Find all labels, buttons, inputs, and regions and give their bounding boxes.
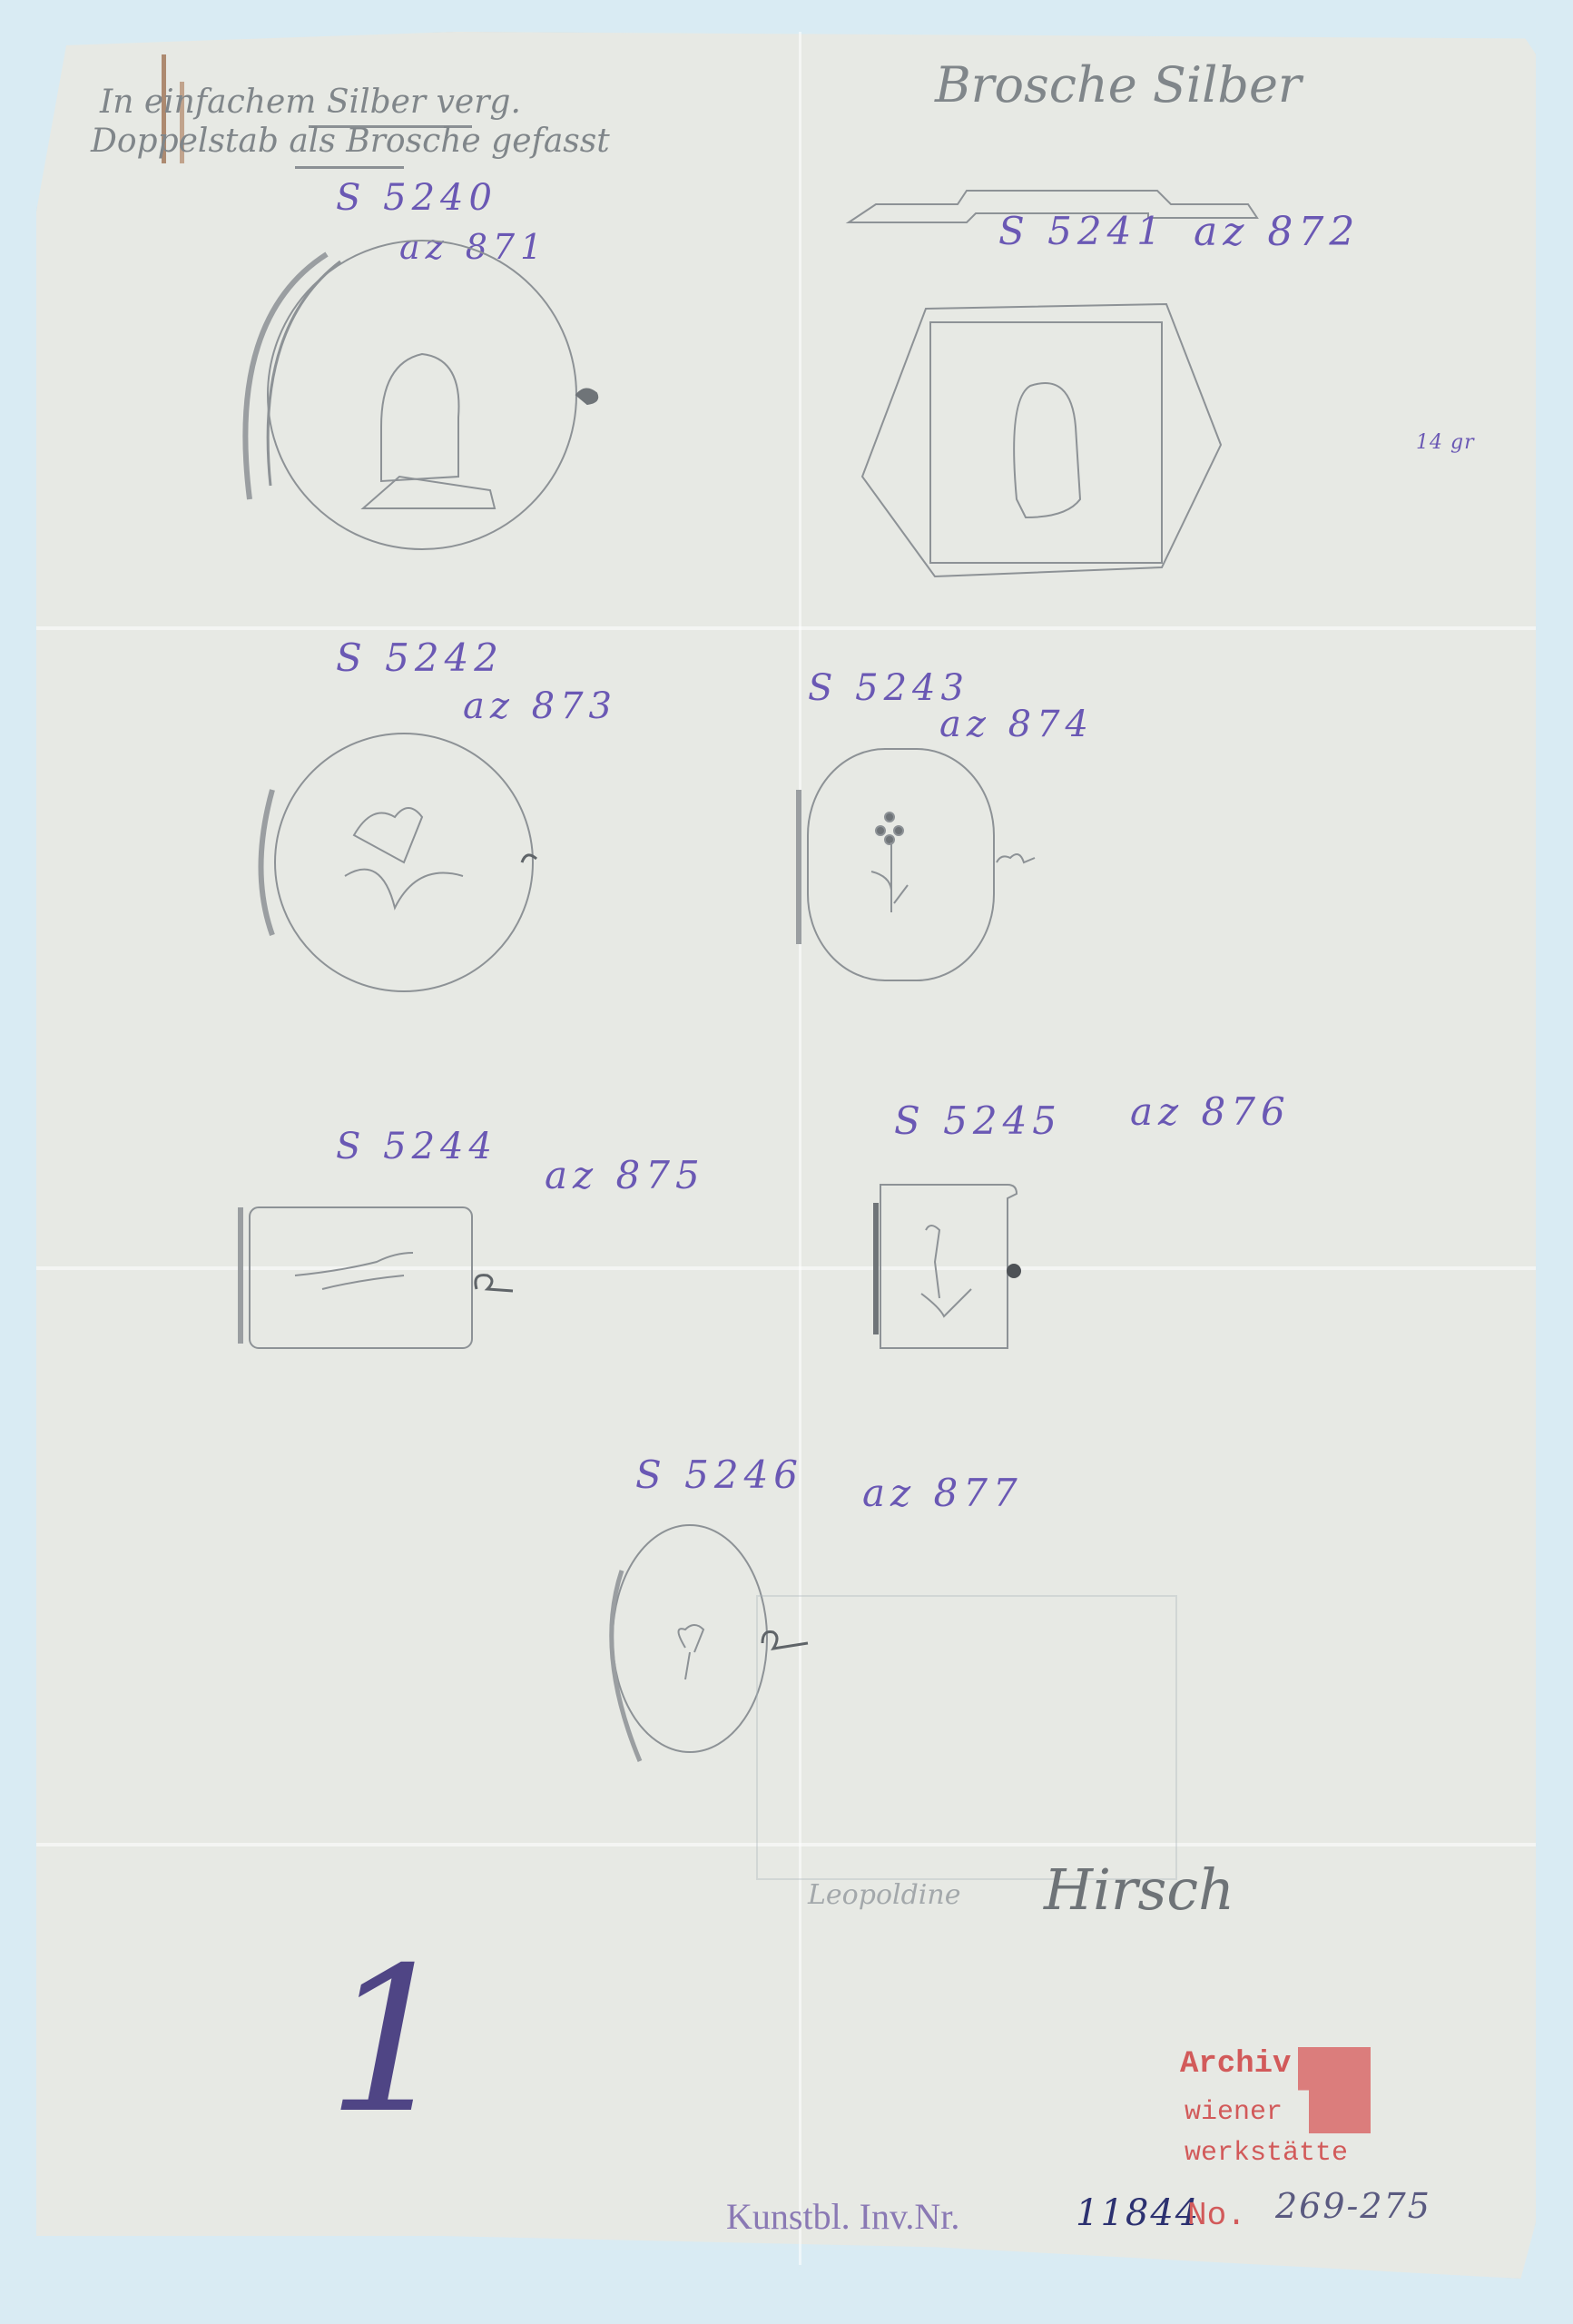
archive-range: 269-275	[1275, 2186, 1431, 2226]
item-az: az 875	[545, 1153, 705, 1197]
inventory-number: 11844	[1076, 2192, 1200, 2234]
square-brooch-drawing	[858, 1180, 1039, 1353]
item-id: S 5240	[336, 177, 497, 219]
hexagonal-brooch-drawing	[862, 281, 1207, 581]
underline	[295, 166, 404, 169]
stamp-logo	[1298, 2047, 1371, 2133]
archive-no-label: No.	[1187, 2197, 1246, 2234]
signature-last-name: Hirsch	[1044, 1856, 1234, 1923]
item-az: az 872	[1194, 209, 1360, 255]
round-brooch-drawing	[245, 717, 572, 1008]
weight-note: 14 gr	[1416, 431, 1475, 454]
item-id: S 5241	[998, 209, 1166, 253]
stamp-line1: Archiv	[1180, 2047, 1291, 2082]
page-number: 1	[327, 1925, 454, 2157]
item-id: S 5246	[635, 1452, 803, 1497]
item-az: az 876	[1130, 1089, 1291, 1134]
rectangular-brooch-drawing	[231, 1189, 531, 1353]
round-brooch-drawing	[218, 236, 599, 572]
item-az: az 874	[939, 704, 1094, 745]
faint-rectangle-drawing	[756, 1595, 1177, 1880]
item-id: S 5244	[336, 1126, 497, 1167]
fold-line-vertical	[799, 32, 801, 2265]
signature-first-name: Leopoldine	[808, 1879, 960, 1911]
header-note-line1: In einfachem Silber verg.	[100, 84, 521, 121]
header-title: Brosche Silber	[935, 56, 1302, 113]
item-id: S 5245	[894, 1098, 1062, 1143]
fold-line-horizontal	[36, 626, 1536, 630]
item-id: S 5242	[336, 635, 504, 680]
stamp-line3: werkstätte	[1185, 2138, 1348, 2169]
item-az: az 877	[862, 1471, 1023, 1515]
rounded-square-brooch-drawing	[762, 744, 1062, 990]
inventory-label: Kunstbl. Inv.Nr.	[726, 2195, 959, 2238]
stamp-line2: wiener	[1185, 2097, 1283, 2128]
header-note-line2: Doppelstab als Brosche gefasst	[91, 123, 610, 160]
